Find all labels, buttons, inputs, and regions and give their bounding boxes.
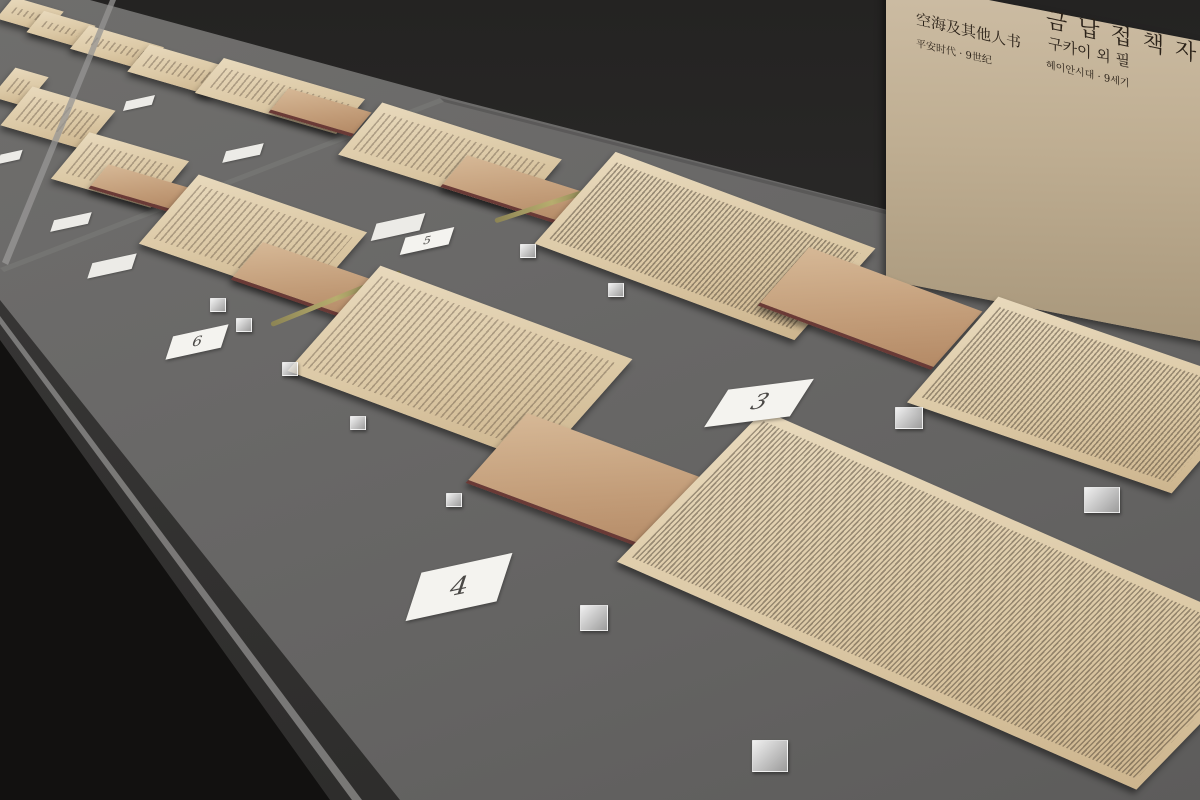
acrylic-support	[895, 407, 923, 429]
acrylic-support	[520, 244, 536, 258]
acrylic-support	[282, 362, 298, 376]
acrylic-support	[236, 318, 252, 332]
acrylic-support	[580, 605, 608, 631]
acrylic-support	[446, 493, 462, 507]
number-card-label: 4	[445, 570, 473, 603]
acrylic-support	[608, 283, 624, 297]
museum-display-scene: 금 납 접 책 자 空海及其他人书 平安时代 · 9世纪 구카이 외 필 헤이안…	[0, 0, 1200, 800]
acrylic-support	[1084, 487, 1120, 513]
number-card-label: 5	[421, 233, 433, 247]
acrylic-support	[210, 298, 226, 312]
number-card-label: 6	[189, 333, 204, 351]
acrylic-support	[752, 740, 788, 772]
number-card-label: 3	[744, 389, 775, 416]
acrylic-support	[350, 416, 366, 430]
